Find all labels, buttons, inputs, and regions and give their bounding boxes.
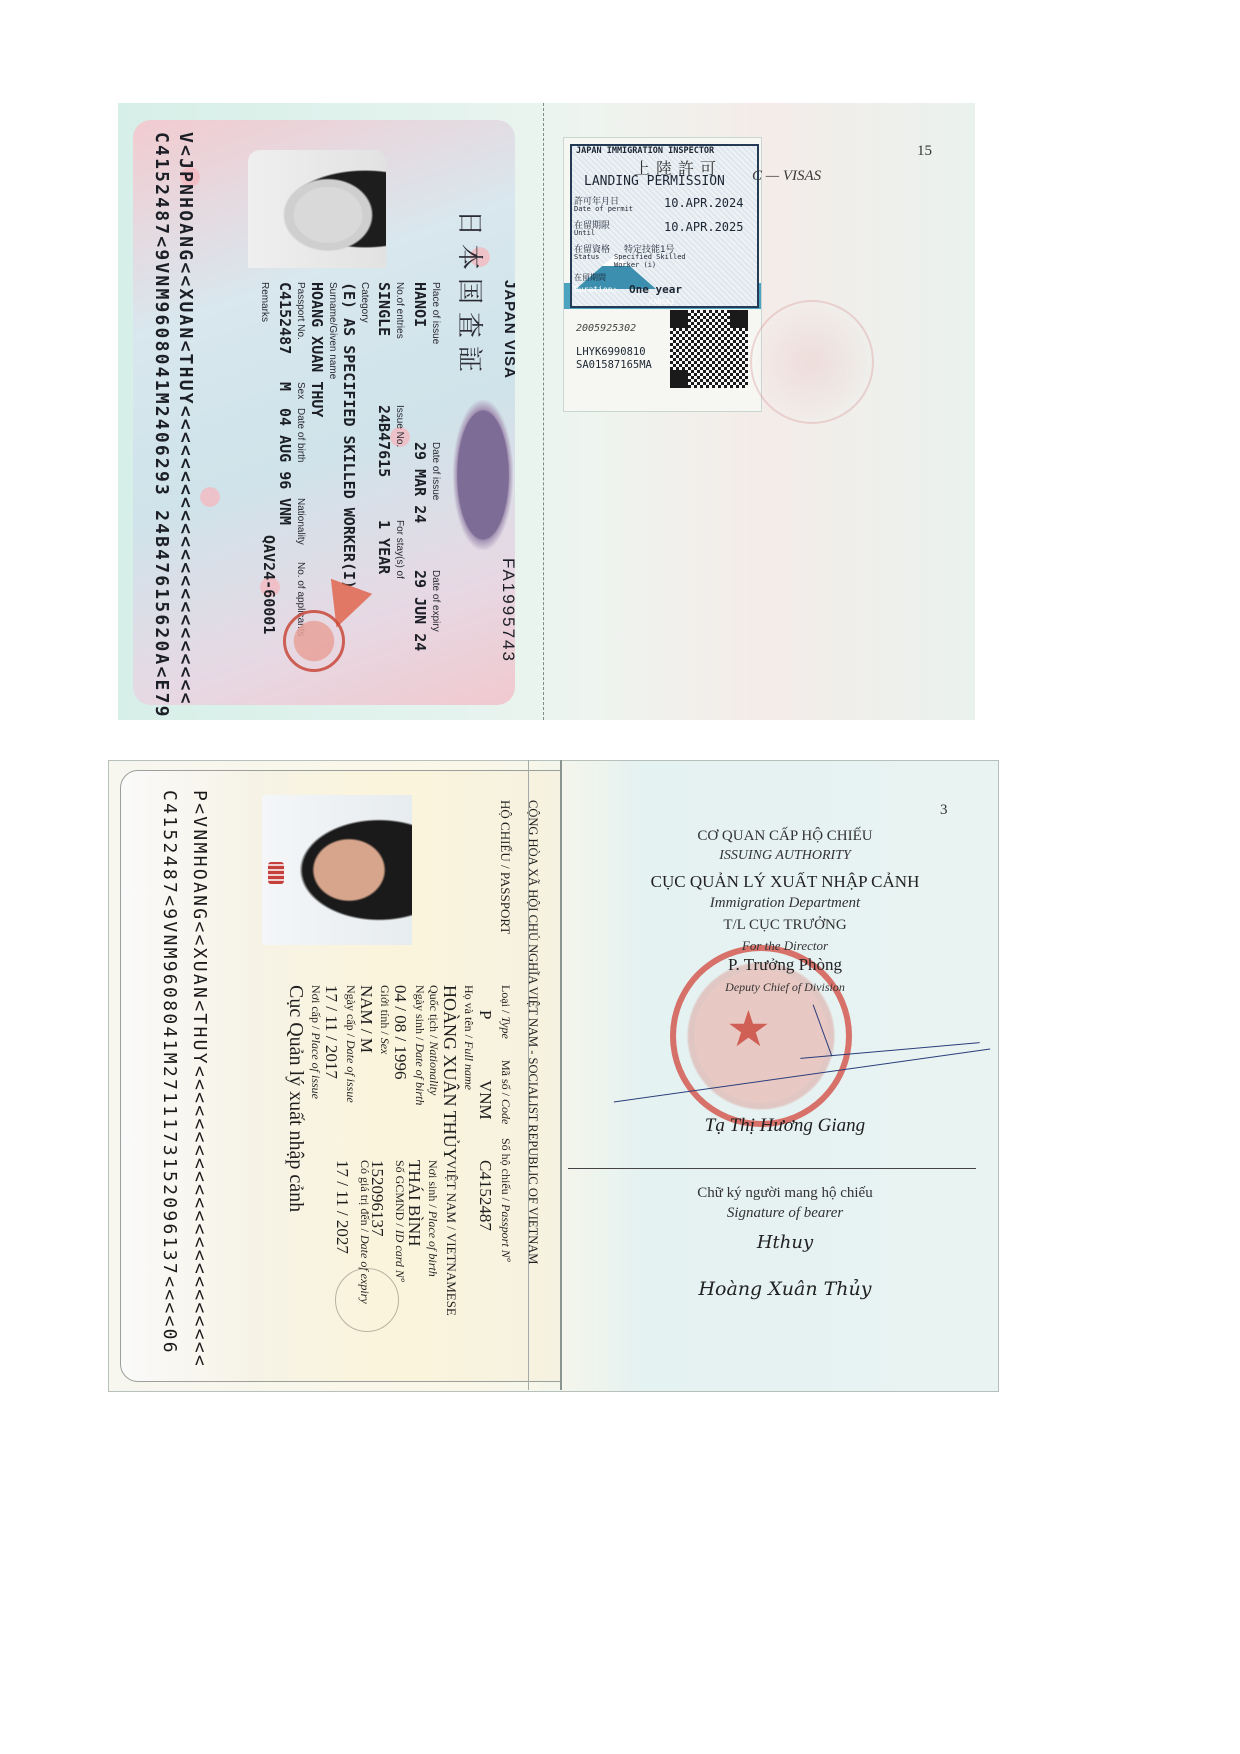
star-icon: ★ — [726, 1000, 771, 1058]
label-date-of-expiry: Date of expiry — [430, 570, 441, 632]
stamp-until-label: Until — [574, 229, 595, 237]
value-place-of-issue: Cục Quản lý xuất nhập cảnh — [284, 985, 307, 1212]
passport-header: CỘNG HÒA XÃ HỘI CHỦ NGHĨA VIỆT NAM - SOC… — [525, 800, 540, 1264]
stamp-status-label: Status — [574, 253, 599, 261]
value-passport-no: C4152487 — [276, 282, 294, 354]
value-full-name: HOÀNG XUÂN THỦY — [439, 985, 460, 1161]
label-name: Surname/Given name — [327, 282, 338, 379]
label-full-name: Họ và tên / Full name — [461, 985, 476, 1090]
page-number-15: 15 — [917, 143, 932, 160]
position-en: Deputy Chief of Division — [600, 980, 970, 995]
passport-header-text: CỘNG HÒA XÃ HỘI CHỦ NGHĨA VIỆT NAM - SOC… — [526, 800, 540, 1264]
stamp-code-1: LHYK6990810 — [576, 346, 646, 358]
qr-code — [670, 310, 748, 388]
value-remarks: QAV24-60001 — [260, 535, 278, 634]
flag-badge — [268, 862, 284, 884]
value-name: HOANG XUAN THUY — [308, 282, 326, 417]
stamp-permit-label: Date of permit — [574, 205, 633, 213]
value-date-of-birth: 04 / 08 / 1996 — [390, 985, 410, 1079]
label-sex: Giới tính / Sex — [377, 985, 392, 1054]
visa-mrz-line-2: C4152487<9VNM9608041M2406293 24B47615620… — [151, 132, 172, 719]
value-date-of-birth: 04 AUG 96 — [276, 408, 294, 489]
visa-title: JAPAN VISA — [501, 280, 518, 379]
value-sex: NAM / M — [356, 985, 376, 1053]
value-no-of-entries: SINGLE — [375, 282, 393, 336]
authority-title-vi: CƠ QUAN CẤP HỘ CHIẾU — [600, 828, 970, 845]
blossom-decoration — [193, 480, 227, 514]
value-category: (E) AS SPECIFIED SKILLED WORKER(I) — [340, 282, 358, 589]
visa-serial-number: FA1995743 — [498, 558, 518, 663]
page-gutter — [543, 103, 546, 720]
value-nationality: VIỆT NAM / VIETNAMESE — [443, 1160, 459, 1316]
visa-photo — [248, 150, 386, 268]
visa-kanji-title: 日本国査証 — [453, 210, 490, 380]
label-date-of-birth: Ngày sinh / Date of birth — [412, 985, 427, 1105]
value-passport-no: C4152487 — [475, 1160, 495, 1231]
label-date-of-birth: Date of birth — [295, 408, 306, 462]
value-issue-no: 24B47615 — [375, 405, 393, 477]
passport-mrz-line-2: C4152487<9VNM9608041M2711173152096137<<<… — [159, 790, 180, 1355]
page-gutter — [560, 760, 562, 1390]
value-date-of-issue: 17 / 11 / 2017 — [321, 985, 341, 1079]
authority-dept-en: Immigration Department — [600, 895, 970, 912]
bearer-signature-initial: Hthuy — [600, 1232, 970, 1253]
for-director-vi: T/L CỤC TRƯỞNG — [600, 917, 970, 934]
security-rosette — [335, 1268, 399, 1332]
bearer-label-en: Signature of bearer — [600, 1205, 970, 1222]
value-sex: M — [276, 382, 294, 391]
label-passport-no: Passport No. — [295, 282, 306, 340]
label-type: Loại / Type — [498, 985, 513, 1039]
passport-mrz-line-1: P<VNMHOANG<<XUAN<THUY<<<<<<<<<<<<<<<<<<<… — [189, 790, 210, 1368]
label-place-of-birth: Nơi sinh / Place of birth — [425, 1160, 440, 1277]
stamp-number: 2005925302 — [576, 323, 636, 334]
stamp-port: KANSAI — [649, 298, 674, 306]
vietnam-emblem-watermark — [750, 300, 874, 424]
signature-divider — [568, 1168, 976, 1169]
consulate-seal — [283, 610, 345, 672]
label-nationality: Quốc tịch / Nationality — [426, 985, 441, 1095]
label-for-stay: For stay(s) of — [394, 520, 405, 579]
stamp-code-2: SA01587165MA — [576, 359, 652, 371]
stamp-header: JAPAN IMMIGRATION INSPECTOR — [576, 146, 714, 156]
value-date-of-expiry: 29 JUN 24 — [411, 570, 429, 651]
label-category: Category — [359, 282, 370, 323]
value-place-of-birth: THÁI BÌNH — [404, 1160, 424, 1246]
label-place-of-issue: Nơi cấp / Place of issue — [308, 985, 323, 1099]
stamp-until-date: 10.APR.2025 — [664, 220, 743, 234]
label-issue-no: Issue No. — [394, 405, 405, 447]
stamp-permit-date: 10.APR.2024 — [664, 196, 743, 210]
label-sex: Sex — [295, 382, 306, 399]
label-nationality: Nationality — [295, 498, 306, 545]
visa-hologram — [453, 400, 513, 550]
label-no-of-entries: No.of entries — [394, 282, 405, 339]
value-place-of-issue: HANOI — [411, 282, 429, 327]
visa-mrz-line-1: V<JPNHOANG<<XUAN<THUY<<<<<<<<<<<<<<<<<<<… — [175, 132, 196, 706]
landing-permission-stamp: JAPAN IMMIGRATION INSPECTOR 上陸許可 LANDING… — [563, 137, 762, 412]
label-place-of-issue: Place of issue — [430, 282, 441, 344]
stamp-duration: One year — [629, 283, 682, 296]
authority-title-en: ISSUING AUTHORITY — [600, 848, 970, 864]
label-remarks: Remarks — [259, 282, 270, 322]
label-code: Mã số / Code — [498, 1060, 513, 1124]
stamp-duration-label: Duration: — [574, 285, 617, 294]
page-number-3: 3 — [940, 802, 948, 819]
value-type: P — [475, 1010, 495, 1019]
stamp-status: Specified Skilled Worker (i) — [614, 253, 704, 269]
officer-name: Tạ Thị Hương Giang — [600, 1115, 970, 1137]
value-code: VNM — [475, 1080, 495, 1120]
passport-doc-title: HỘ CHIẾU / PASSPORT — [497, 800, 513, 934]
authority-dept-vi: CỤC QUẢN LÝ XUẤT NHẬP CẢNH — [600, 872, 970, 892]
value-date-of-expiry: 17 / 11 / 2027 — [332, 1160, 352, 1254]
label-id-card: Số GCMND / ID card Nº — [392, 1160, 407, 1282]
position-vi: P. Trưởng Phòng — [600, 955, 970, 975]
value-for-stay: 1 YEAR — [375, 520, 393, 574]
label-passport-no: Số hộ chiếu / Passport Nº — [498, 1138, 513, 1261]
passport-photo — [262, 795, 412, 945]
label-date-of-issue: Date of issue — [430, 442, 441, 500]
stamp-title: LANDING PERMISSION — [584, 174, 725, 189]
section-heading: C — VISAS — [752, 168, 821, 185]
bearer-label-vi: Chữ ký người mang hộ chiếu — [600, 1185, 970, 1202]
bearer-signature-name: Hoàng Xuân Thủy — [600, 1278, 970, 1300]
label-date-of-issue: Ngày cấp / Date of issue — [343, 985, 358, 1103]
value-nationality: VNM — [276, 498, 294, 525]
for-director-en: For the Director — [600, 938, 970, 954]
value-date-of-issue: 29 MAR 24 — [411, 442, 429, 523]
stamp-duration-label-jp: 在留期間 — [574, 272, 606, 283]
